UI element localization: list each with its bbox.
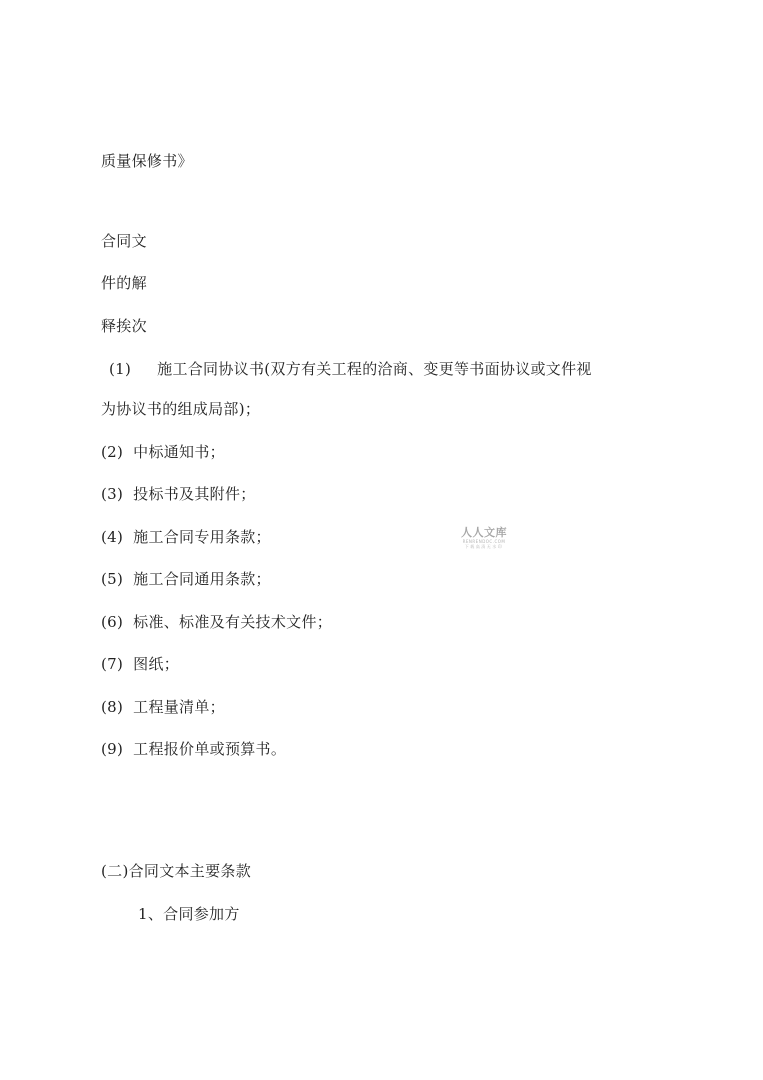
item-text: 中标通知书； xyxy=(133,443,225,461)
watermark-subtitle: 下载高清无水印 xyxy=(456,544,512,549)
list-item-8: (8)工程量清单； xyxy=(101,697,225,717)
item-text: 工程报价单或预算书。 xyxy=(133,740,286,758)
subsection-item: 1、合同参加方 xyxy=(138,904,240,924)
item-number: (5) xyxy=(101,569,123,589)
item-number: (7) xyxy=(101,654,123,674)
item-number: (3) xyxy=(101,484,123,504)
watermark-logo: 人人文库 RENRENDOC.COM 下载高清无水印 xyxy=(456,527,512,549)
section-heading-line-3: 释挨次 xyxy=(101,316,147,336)
item-number: (2) xyxy=(101,442,123,462)
item-number: (1) xyxy=(109,359,131,379)
list-item-4: (4)施工合同专用条款； xyxy=(101,527,271,547)
section-heading-line-1: 合同文 xyxy=(101,231,147,251)
item-number: (6) xyxy=(101,612,123,632)
list-item-3: (3)投标书及其附件； xyxy=(101,484,256,504)
list-item-7: (7)图纸； xyxy=(101,654,179,674)
section-heading-line-2: 件的解 xyxy=(101,273,147,293)
list-item-2: (2)中标通知书； xyxy=(101,442,225,462)
item-text: 图纸； xyxy=(133,655,179,673)
subsection-heading: (二)合同文本主要条款 xyxy=(101,861,251,881)
item-number: (8) xyxy=(101,697,123,717)
list-item-9: (9)工程报价单或预算书。 xyxy=(101,739,286,759)
list-item-5: (5)施工合同通用条款； xyxy=(101,569,271,589)
list-item-1: (1)施工合同协议书(双方有关工程的洽商、变更等书面协议或文件视 xyxy=(109,359,592,379)
item-text: 施工合同协议书(双方有关工程的洽商、变更等书面协议或文件视 xyxy=(157,360,592,378)
list-item-1-continuation: 为协议书的组成局部)； xyxy=(101,399,260,419)
list-item-6: (6)标准、标准及有关技术文件； xyxy=(101,612,332,632)
watermark-title: 人人文库 xyxy=(456,527,512,539)
item-text: 投标书及其附件； xyxy=(133,485,255,503)
intro-line: 质量保修书》 xyxy=(101,151,193,171)
item-text: 施工合同通用条款； xyxy=(133,570,271,588)
item-text: 标准、标准及有关技术文件； xyxy=(133,613,332,631)
item-number: (4) xyxy=(101,527,123,547)
item-text: 工程量清单； xyxy=(133,698,225,716)
item-text: 施工合同专用条款； xyxy=(133,528,271,546)
item-number: (9) xyxy=(101,739,123,759)
